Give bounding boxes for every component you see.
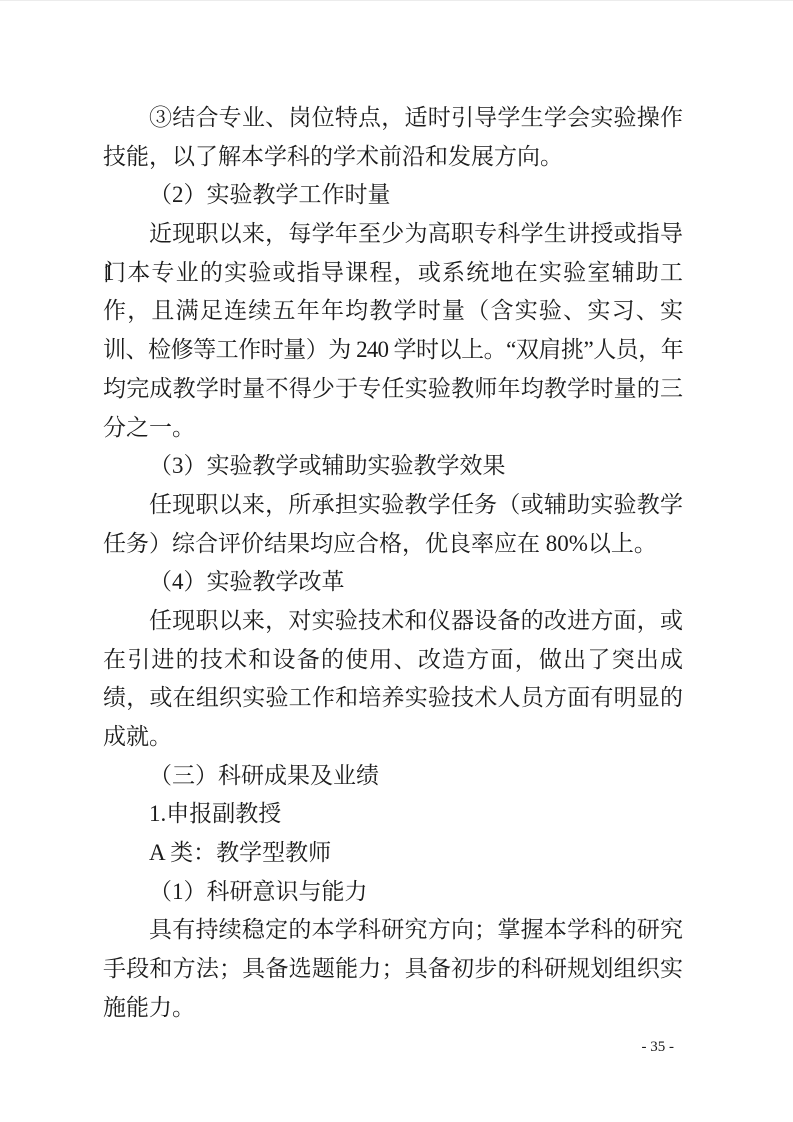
text-line: 任务）综合评价结果均应合格，优良率应在 80%以上。 [103,525,683,564]
text-line: 手段和方法；具备选题能力；具备初步的科研规划组织实 [103,950,683,989]
text-line: 技能，以了解本学科的学术前沿和发展方向。 [103,138,683,177]
text-line: 门本专业的实验或指导课程，或系统地在实验室辅助工 [103,254,683,293]
text-line: A 类：教学型教师 [103,834,683,873]
text-line: （1）科研意识与能力 [103,873,683,912]
text-line: 施能力。 [103,989,683,1028]
text-line: 训、检修等工作时量）为 240 学时以上。“双肩挑”人员，年 [103,331,683,370]
text-line: （3）实验教学或辅助实验教学效果 [103,447,683,486]
text-line: 具有持续稳定的本学科研究方向；掌握本学科的研究 [103,911,683,950]
page-number: - 35 - [0,1037,674,1057]
text-line: 分之一。 [103,409,683,448]
document-page: ③结合专业、岗位特点，适时引导学生学会实验操作技能，以了解本学科的学术前沿和发展… [0,0,793,1122]
text-line: 任现职以来，对实验技术和仪器设备的改进方面，或 [103,602,683,641]
text-line: （2）实验教学工作时量 [103,176,683,215]
text-line: 1.申报副教授 [103,795,683,834]
text-line: ③结合专业、岗位特点，适时引导学生学会实验操作 [103,99,683,138]
text-line: 均完成教学时量不得少于专任实验教师年均教学时量的三 [103,370,683,409]
text-line: 作，且满足连续五年年均教学时量（含实验、实习、实 [103,292,683,331]
text-line: 近现职以来，每学年至少为高职专科学生讲授或指导 1 [103,215,683,254]
document-body: ③结合专业、岗位特点，适时引导学生学会实验操作技能，以了解本学科的学术前沿和发展… [103,99,683,1028]
text-line: （4）实验教学改革 [103,563,683,602]
text-line: 成就。 [103,718,683,757]
text-line: 任现职以来，所承担实验教学任务（或辅助实验教学 [103,486,683,525]
text-line: （三）科研成果及业绩 [103,757,683,796]
text-line: 在引进的技术和设备的使用、改造方面，做出了突出成 [103,641,683,680]
text-line: 绩，或在组织实验工作和培养实验技术人员方面有明显的 [103,679,683,718]
